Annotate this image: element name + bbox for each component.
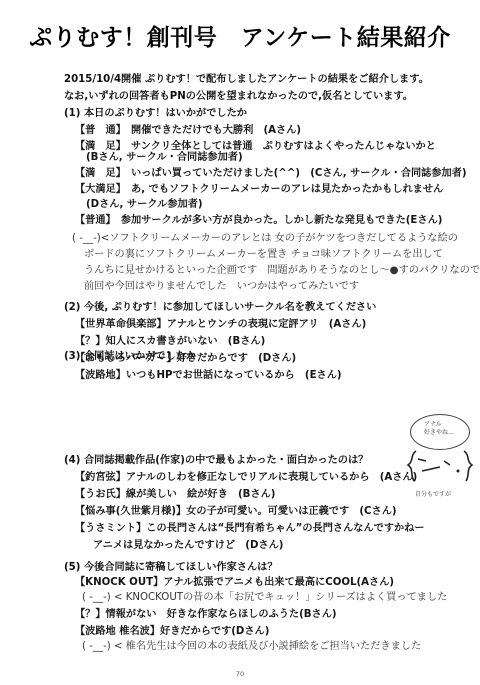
q1-answer-c: 【満 足】 いっぱい買っていただけました(^^) (Cさん, サークル・合同誌参… <box>75 168 467 180</box>
q5-answer-a: 【KNOCK OUT】アナル拡張でアニメも出来て最高にCOOL(Aさん) <box>75 577 394 589</box>
doodle-caption: 自分もですが <box>415 489 451 498</box>
q1-answer-a: 【普 通】 開催できただけでも大勝利 (Aさん) <box>75 125 301 137</box>
q2-answer-a: 【世界革命倶楽部】アナルとウンチの表現に定評アリ (Aさん) <box>75 319 366 331</box>
page-title: ぷりむす！創刊号 アンケート結果紹介 <box>0 19 480 52</box>
q1-comment-line-2: ボードの裏にソフトクリームメーカーを置き チョコ味ソフトクリームを出して <box>84 249 443 261</box>
q4-answer-b: 【うお氏】線が美しい 絵が好き (Bさん) <box>75 489 275 501</box>
speech-bubble-text: アナル 好きやね… <box>424 421 454 437</box>
q1-comment-line-1: ( -__-)<ソフトクリームメーカーのアレとは 女の子がケツをつきだしてるよう… <box>72 233 458 245</box>
intro-line-2: なお,いずれの回答者もPNの公開を望まれなかったので,仮名としています。 <box>64 91 413 103</box>
q4-answer-a: 【釣宮弦】アナルのしわを修正なしでリアルに表現しているから (Aさん) <box>75 472 417 484</box>
q2-answer-e: 【波路地】いつもHPでお世話になっているから (Eさん) <box>75 370 342 382</box>
q5-answer-b: 【？】情報がない 好きな作家ならほしのふうた(Bさん) <box>75 609 337 621</box>
question-2: (2) 今後, ぷりむす！に参加してほしいサークル名を教えてください <box>64 302 376 314</box>
sleepy-face-doodle-icon <box>400 445 480 493</box>
page-number: 70 <box>0 670 480 678</box>
question-5: (5) 今後合同誌に寄稿してほしい作家さんは？ <box>64 562 278 574</box>
q1-answer-b-attribution: (Bさん, サークル・合同誌参加者) <box>86 152 243 164</box>
q1-comment-line-4: 前回や今回はやりませんでした いつかはやってみたいです <box>84 281 359 293</box>
q1-answer-d-attribution: (Dさん, サークル参加者) <box>86 199 203 211</box>
q1-answer-d: 【大満足】 あ, でもソフトクリームメーカーのアレは見たかったかもしれません <box>75 184 443 196</box>
intro-line-1: 2015/10/4開催 ぷりむす！で配布しましたアンケートの結果をご紹介します。 <box>64 74 429 86</box>
q5-answer-d: 【波路地 椎名波】好きだからです(Dさん) <box>75 626 269 638</box>
q5-comment-d: ( -__-) < 椎名先生は今回の本の表紙及び小説挿絵をご担当いただきました <box>82 641 421 653</box>
q4-answer-d: 【うさミント】この長門さんは“長門有希ちゃん”の長門さんなんですかねー <box>75 523 425 535</box>
q1-comment-line-3: うんちに見せかけるといった企画です 問題がありそうなのとし〜●すのパクリなので <box>84 265 480 277</box>
question-4: (4) 合同誌掲載作品(作家)の中で最もよかった・面白かったのは？ <box>64 455 368 467</box>
q5-comment-a: ( -__-) < KNOCKOUTの昔の本「お尻でキュッ！」シリーズはよく買っ… <box>82 592 447 604</box>
question-1: (1) 本日のぷりむす！はいかがでしたか <box>64 108 247 120</box>
q1-answer-e: 【普通】 参加サークルが多い方が良かった。しかし新たな発見もできた(Eさん) <box>75 215 442 227</box>
q4-answer-c: 【悩み事(久世紫月様)】女の子が可愛い。可愛いは正義です (Cさん) <box>75 506 397 518</box>
question-3: (3) 合同誌はいかがでしたか <box>64 351 196 363</box>
q2-answer-b: 【？】知人にスカ書きがいない (Bさん) <box>75 336 265 348</box>
q4-answer-d-cont: アニメは見なかったんですけど (Dさん) <box>93 540 283 552</box>
